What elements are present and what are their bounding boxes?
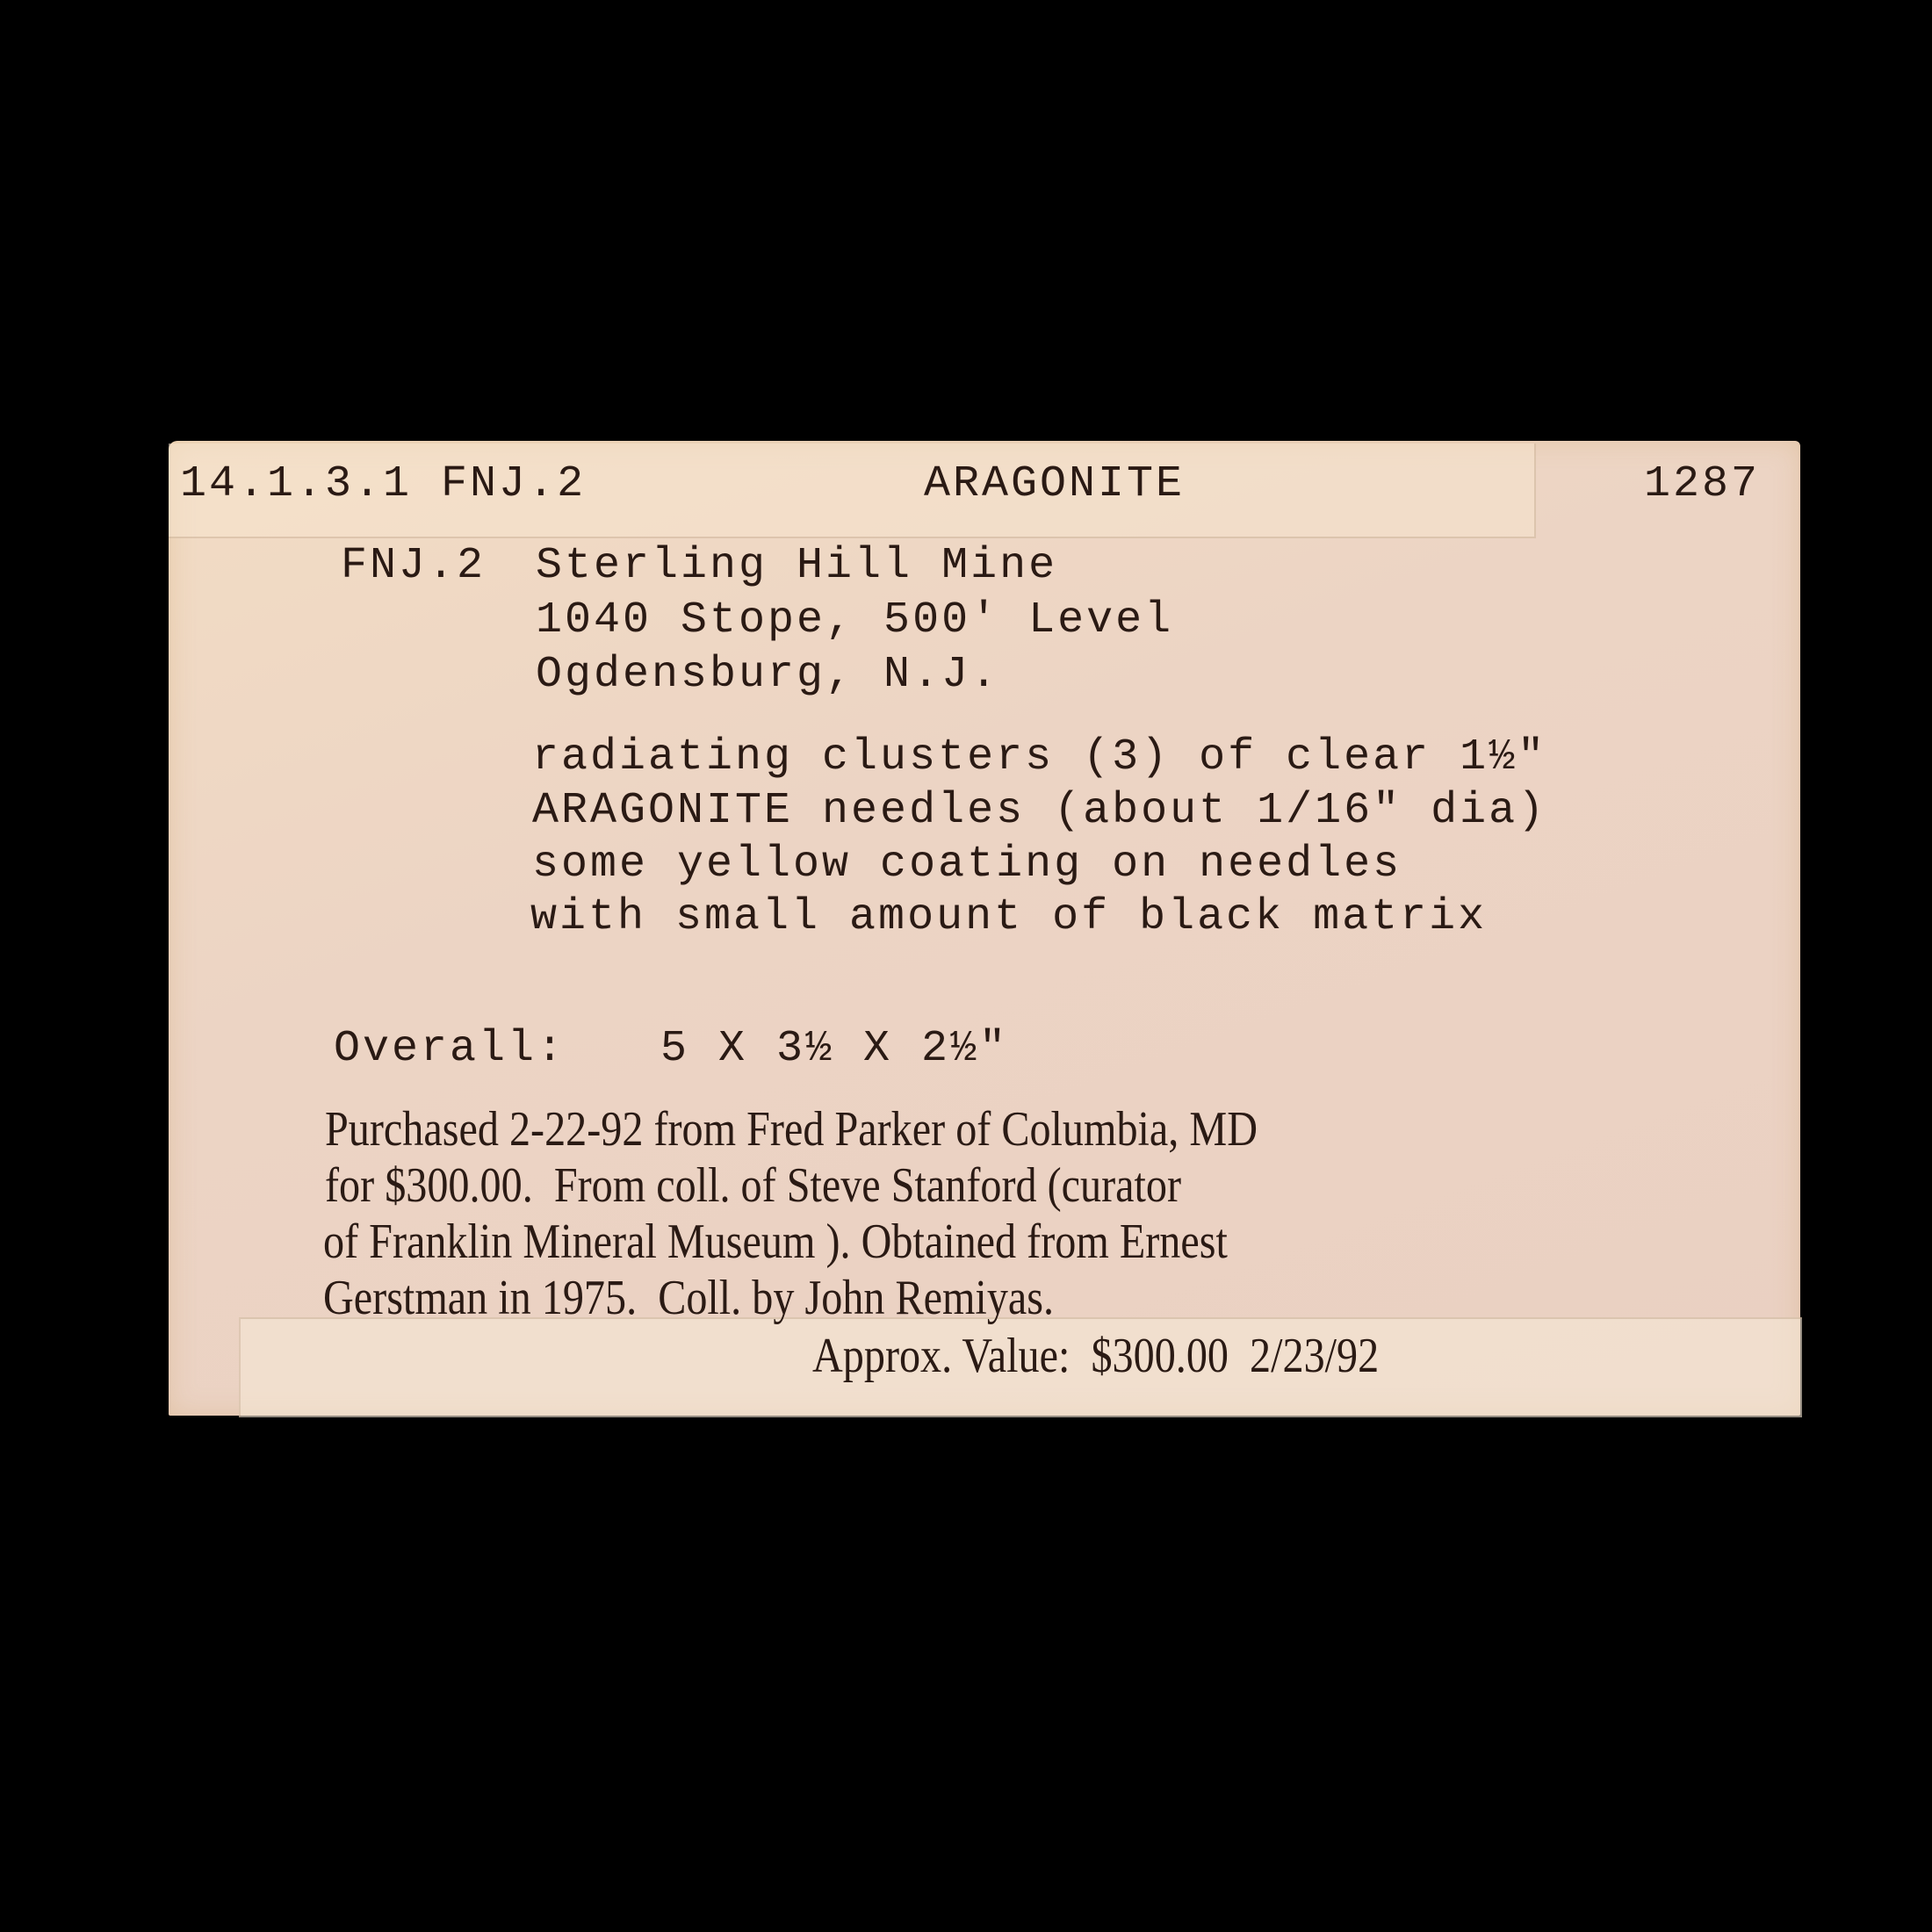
locality-line: Ogdensburg, N.J. [536, 653, 999, 697]
catalog-number: 1287 [1644, 463, 1760, 507]
mineral-name: ARAGONITE [924, 463, 1185, 507]
description-line: with small amount of black matrix [530, 896, 1487, 940]
locality-code: FNJ.2 [341, 544, 486, 588]
provenance-line: for $300.00. From coll. of Steve Stanfor… [325, 1161, 1181, 1210]
classification-code: 14.1.3.1 FNJ.2 [180, 463, 586, 507]
provenance-line: Gerstman in 1975. Coll. by John Remiyas. [323, 1273, 1054, 1323]
dimensions-value: 5 X 3½ X 2½" [660, 1027, 1008, 1071]
provenance-line: of Franklin Mineral Museum ). Obtained f… [323, 1217, 1228, 1266]
locality-line: 1040 Stope, 500' Level [536, 599, 1173, 643]
provenance-line: Purchased 2-22-92 from Fred Parker of Co… [325, 1105, 1258, 1154]
approx-value: Approx. Value: $300.00 2/23/92 [812, 1331, 1379, 1381]
description-line: some yellow coating on needles [532, 843, 1402, 887]
locality-line: Sterling Hill Mine [536, 544, 1057, 588]
dimensions-label: Overall: [334, 1027, 566, 1071]
description-line: radiating clusters (3) of clear 1½" [532, 736, 1546, 780]
description-line: ARAGONITE needles (about 1/16" dia) [532, 789, 1546, 833]
